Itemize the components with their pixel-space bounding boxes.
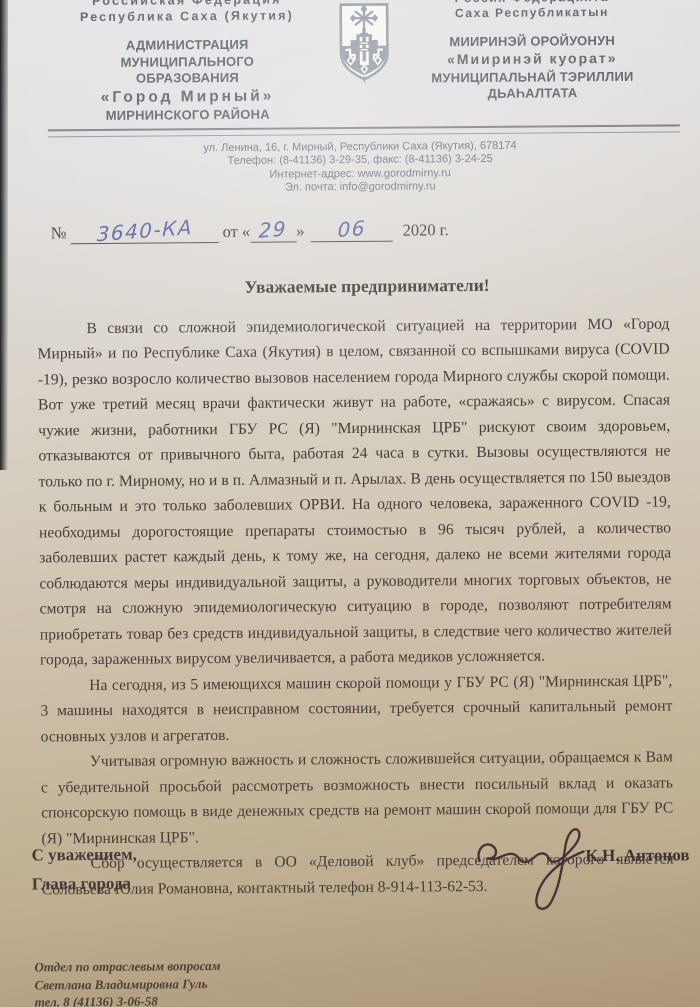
executor-footer: Отдел по отраслевым вопросам Светлана Вл… <box>34 957 221 1007</box>
paragraph-1: В связи со сложной эпидемиологической си… <box>37 311 672 673</box>
executor-name: Светлана Владимировна Гуль <box>34 975 220 994</box>
letterhead-divider <box>48 124 680 137</box>
signoff-block: С уважением, Глава города К.Н. Антонов <box>31 835 689 898</box>
coat-of-arms-icon <box>335 0 394 97</box>
letterhead-org1-ru: АДМИНИСТРАЦИЯ <box>69 37 305 55</box>
ref-month-handwritten: 06 <box>337 215 366 241</box>
signoff-name: К.Н. Антонов <box>585 845 689 865</box>
letterhead-org3-ya: ДЬАҺАЛТАТА <box>430 85 636 103</box>
photo-left-edge-shadow <box>0 0 8 470</box>
reference-line: №3640-КА от «29»06 2020 г. <box>51 214 699 244</box>
letterhead-russian-block: Российская Федерация Республика Саха (Як… <box>69 0 306 125</box>
signature-icon <box>471 820 590 921</box>
ref-number-field: 3640-КА <box>70 218 218 244</box>
letterhead: Российская Федерация Республика Саха (Як… <box>69 0 698 125</box>
ref-day-field: 29 <box>250 217 296 242</box>
letter-sheet: Российская Федерация Республика Саха (Як… <box>0 0 700 1007</box>
ref-number-label: № <box>51 223 67 242</box>
ref-month-field: 06 <box>310 216 392 242</box>
letterhead-region-ru: Республика Саха (Якутия) <box>69 8 305 25</box>
ref-day-handwritten: 29 <box>259 216 288 242</box>
letterhead-region-ya: Саха Республикатын <box>429 5 635 22</box>
signoff-closing: С уважением, <box>31 840 137 870</box>
ref-year-label: 2020 г. <box>402 220 448 239</box>
executor-phone: тел. 8 (41136) 3-06-58 <box>35 992 221 1007</box>
letterhead-org1-ya: МИИРИНЭЙ ОРОЙУОНУН <box>429 33 635 51</box>
signoff-title: Глава города <box>32 869 138 899</box>
ref-number-handwritten: 3640-КА <box>96 214 193 246</box>
ref-from-label: от « <box>222 221 250 240</box>
signoff-closing-block: С уважением, Глава города <box>31 840 137 899</box>
letterhead-org2-ya: МУНИЦИПАЛЬНАЙ ТЭРИЛЛИИ <box>429 68 635 86</box>
letterhead-city-ya: «Мииринэй куорат» <box>429 50 635 69</box>
letterhead-org2-ru: МУНИЦИПАЛЬНОГО ОБРАЗОВАНИЯ <box>69 53 305 87</box>
executor-department: Отдел по отраслевым вопросам <box>34 957 220 976</box>
salutation-heading: Уважаемые предприниматели! <box>37 273 669 299</box>
signoff-signature-block: К.Н. Антонов <box>585 845 689 894</box>
paragraph-2: На сегодня, из 5 имеющихся машин скорой … <box>40 668 673 749</box>
ref-close-quote: » <box>296 221 304 240</box>
address-block: ул. Ленина, 16, г. Мирный, Республики Са… <box>40 138 680 197</box>
document-photo: Российская Федерация Республика Саха (Як… <box>0 0 700 1007</box>
letter-body: В связи со сложной эпидемиологической си… <box>37 311 674 902</box>
letterhead-yakut-block: Россия Федерацията Саха Республикатын МИ… <box>429 0 636 103</box>
letterhead-city-ru: «Город Мирный» <box>70 86 306 107</box>
letterhead-district-ru: МИРНИНСКОГО РАЙОНА <box>70 107 306 125</box>
